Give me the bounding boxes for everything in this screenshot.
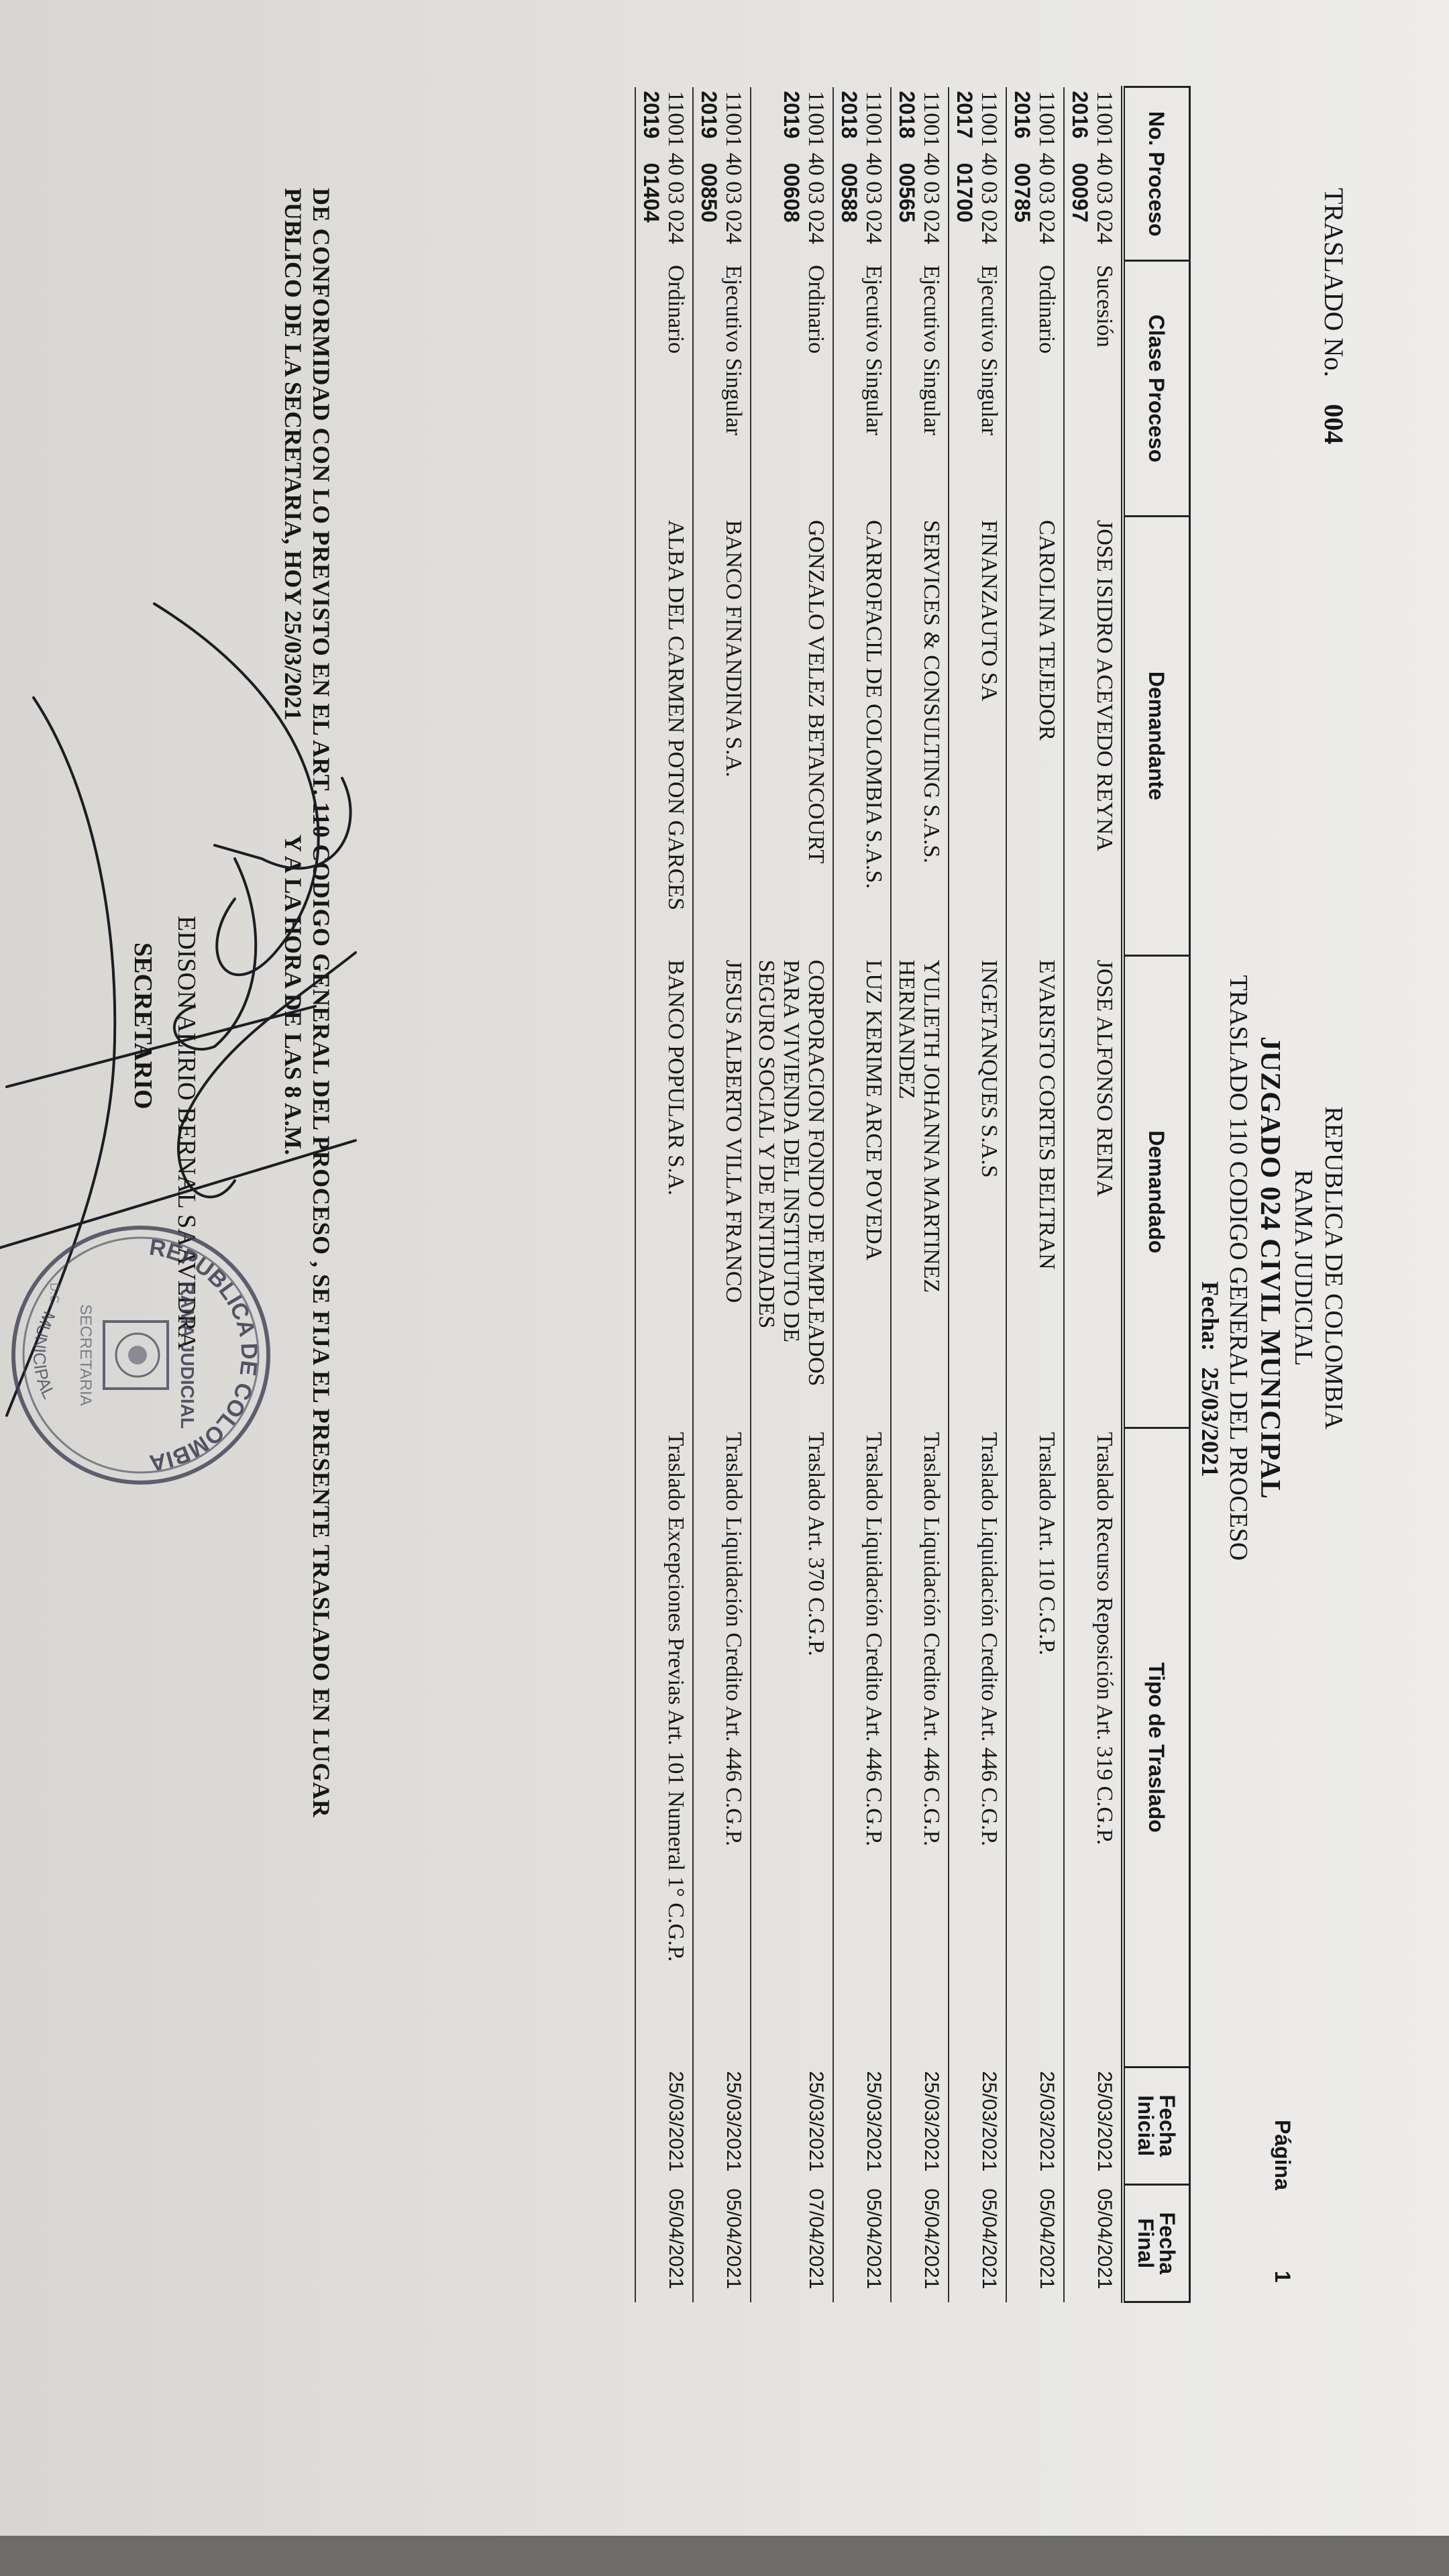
stamp-outer-text: REPUBLICA DE COLOMBIA xyxy=(148,1234,262,1475)
cell-demandante: GONZALO VELEZ BETANCOURT xyxy=(751,516,833,956)
cell-clase-proceso: Ejecutivo Singular xyxy=(891,261,949,516)
table-row: 11001 40 03 024201600097SucesiónJOSE ISI… xyxy=(1064,87,1123,2302)
proceso-prefix: 11001 40 03 024 xyxy=(977,91,1002,244)
traslados-table: No. Proceso Clase Proceso Demandante Dem… xyxy=(635,86,1191,2303)
proceso-year: 2018 xyxy=(895,91,919,139)
proceso-year: 2019 xyxy=(697,91,721,139)
proceso-year-number: 201900608 xyxy=(780,91,804,223)
cell-demandado: BANCO POPULAR S.A. xyxy=(635,956,693,1428)
proceso-year: 2019 xyxy=(639,91,663,139)
traslado-number-value: 004 xyxy=(1319,404,1349,444)
cell-fecha-final: 07/04/2021 xyxy=(751,2184,833,2302)
document-date-label: Fecha: xyxy=(1197,1281,1224,1351)
cell-clase-proceso: Ordinario xyxy=(1006,261,1064,516)
cell-fecha-inicial: 25/03/2021 xyxy=(635,2067,693,2184)
cell-demandado: EVARISTO CORTES BELTRAN xyxy=(1006,956,1064,1428)
cell-fecha-inicial: 25/03/2021 xyxy=(949,2067,1006,2184)
col-tipo-traslado: Tipo de Traslado xyxy=(1123,1428,1190,2068)
cell-no-proceso: 11001 40 03 024201701700 xyxy=(949,87,1006,261)
cell-no-proceso: 11001 40 03 024201800565 xyxy=(891,87,949,261)
proceso-year: 2016 xyxy=(1010,91,1034,139)
proceso-number: 01700 xyxy=(953,163,977,223)
table-row: 11001 40 03 024201600785OrdinarioCAROLIN… xyxy=(1006,87,1064,2302)
col-demandante: Demandante xyxy=(1123,516,1190,956)
traslado-number-label: TRASLADO No. xyxy=(1319,188,1349,377)
cell-tipo-traslado: Traslado Liquidación Credito Art. 446 C.… xyxy=(693,1428,751,2068)
cell-demandado: CORPORACION FONDO DE EMPLEADOS PARA VIVI… xyxy=(751,956,833,1428)
proceso-year-number: 201701700 xyxy=(953,91,977,223)
col-fecha-final: Fecha Final xyxy=(1123,2184,1190,2302)
cell-clase-proceso: Ejecutivo Singular xyxy=(833,261,891,516)
proceso-prefix: 11001 40 03 024 xyxy=(721,91,746,244)
stamp-bottom-text: MUNICIPAL xyxy=(30,1308,60,1401)
stamp-city: D.C. xyxy=(48,1283,61,1307)
cell-clase-proceso: Ejecutivo Singular xyxy=(949,261,1006,516)
table-row: 11001 40 03 024201800565Ejecutivo Singul… xyxy=(891,87,949,2302)
page-number: 1 xyxy=(1271,2271,1295,2283)
proceso-number: 00565 xyxy=(895,163,919,223)
table-row: 11001 40 03 024201901404OrdinarioALBA DE… xyxy=(635,87,693,2302)
document-date-value: 25/03/2021 xyxy=(1197,1367,1224,1477)
cell-tipo-traslado: Traslado Art. 370 C.G.P. xyxy=(751,1428,833,2068)
cell-fecha-final: 05/04/2021 xyxy=(635,2184,693,2302)
cell-fecha-final: 05/04/2021 xyxy=(833,2184,891,2302)
table-row: 11001 40 03 024201900608OrdinarioGONZALO… xyxy=(751,87,833,2302)
cell-fecha-final: 05/04/2021 xyxy=(1006,2184,1064,2302)
cell-fecha-inicial: 25/03/2021 xyxy=(1006,2067,1064,2184)
cell-fecha-inicial: 25/03/2021 xyxy=(1064,2067,1123,2184)
cell-clase-proceso: Ejecutivo Singular xyxy=(693,261,751,516)
traslado-document: REPUBLICA DE COLOMBIA RAMA JUDICIAL JUZG… xyxy=(0,27,1449,2509)
proceso-prefix: 11001 40 03 024 xyxy=(861,91,886,244)
cell-demandante: SERVICES & CONSULTING S.A.S. xyxy=(891,516,949,956)
proceso-prefix: 11001 40 03 024 xyxy=(1092,91,1117,244)
stamp-label: SECRETARIA xyxy=(76,1304,95,1406)
cell-demandado: JESUS ALBERTO VILLA FRANCO xyxy=(693,956,751,1428)
cell-fecha-inicial: 25/03/2021 xyxy=(833,2067,891,2184)
cell-no-proceso: 11001 40 03 024201900608 xyxy=(751,87,833,261)
page-indicator: Página1 xyxy=(1270,2120,1295,2283)
cell-fecha-inicial: 25/03/2021 xyxy=(693,2067,751,2184)
proceso-prefix: 11001 40 03 024 xyxy=(663,91,688,244)
cell-tipo-traslado: Traslado Liquidación Credito Art. 446 C.… xyxy=(891,1428,949,2068)
page-label: Página xyxy=(1271,2120,1295,2190)
traslado-number: TRASLADO No.004 xyxy=(1318,188,1350,444)
stamp-inner-text: RAMA JUDICIAL xyxy=(177,1281,198,1429)
proceso-number: 00850 xyxy=(697,163,721,223)
proceso-year: 2017 xyxy=(953,91,977,139)
proceso-year-number: 201800588 xyxy=(837,91,861,223)
proceso-number: 00785 xyxy=(1010,163,1034,223)
col-fecha-inicial: Fecha Inicial xyxy=(1123,2067,1190,2184)
proceso-year-number: 201800565 xyxy=(895,91,919,223)
cell-clase-proceso: Sucesión xyxy=(1064,261,1123,516)
cell-fecha-final: 05/04/2021 xyxy=(891,2184,949,2302)
col-no-proceso: No. Proceso xyxy=(1123,87,1190,261)
cell-tipo-traslado: Traslado Liquidación Credito Art. 446 C.… xyxy=(949,1428,1006,2068)
proceso-prefix: 11001 40 03 024 xyxy=(1034,91,1059,244)
cell-demandante: BANCO FINANDINA S.A. xyxy=(693,516,751,956)
proceso-prefix: 11001 40 03 024 xyxy=(804,91,828,244)
cell-demandante: FINANZAUTO SA xyxy=(949,516,1006,956)
cell-tipo-traslado: Traslado Art. 110 C.G.P. xyxy=(1006,1428,1064,2068)
cell-demandante: ALBA DEL CARMEN POTON GARCES xyxy=(635,516,693,956)
cell-tipo-traslado: Traslado Liquidación Credito Art. 446 C.… xyxy=(833,1428,891,2068)
table-row: 11001 40 03 024201900850Ejecutivo Singul… xyxy=(693,87,751,2302)
cell-no-proceso: 11001 40 03 024201901404 xyxy=(635,87,693,261)
cell-no-proceso: 11001 40 03 024201600097 xyxy=(1064,87,1123,261)
cell-tipo-traslado: Traslado Recurso Reposición Art. 319 C.G… xyxy=(1064,1428,1123,2068)
cell-clase-proceso: Ordinario xyxy=(751,261,833,516)
proceso-number: 01404 xyxy=(639,163,663,223)
col-clase-proceso: Clase Proceso xyxy=(1123,261,1190,516)
cell-demandado: LUZ KERIME ARCE POVEDA xyxy=(833,956,891,1428)
proceso-number: 00608 xyxy=(780,163,804,223)
cell-demandante: CARROFACIL DE COLOMBIA S.A.S. xyxy=(833,516,891,956)
cell-demandado: INGETANQUES S.A.S xyxy=(949,956,1006,1428)
proceso-number: 00588 xyxy=(837,163,861,223)
proceso-year-number: 201900850 xyxy=(697,91,721,223)
proceso-year-number: 201600785 xyxy=(1010,91,1034,223)
proceso-year-number: 201600097 xyxy=(1068,91,1092,223)
cell-no-proceso: 11001 40 03 024201800588 xyxy=(833,87,891,261)
cell-fecha-final: 05/04/2021 xyxy=(1064,2184,1123,2302)
cell-no-proceso: 11001 40 03 024201900850 xyxy=(693,87,751,261)
table-row: 11001 40 03 024201701700Ejecutivo Singul… xyxy=(949,87,1006,2302)
proceso-year: 2016 xyxy=(1068,91,1092,139)
cell-fecha-inicial: 25/03/2021 xyxy=(891,2067,949,2184)
cell-demandante: CAROLINA TEJEDOR xyxy=(1006,516,1064,956)
proceso-year: 2018 xyxy=(837,91,861,139)
proceso-year-number: 201901404 xyxy=(639,91,663,223)
svg-text:MUNICIPAL: MUNICIPAL xyxy=(30,1308,60,1401)
cell-clase-proceso: Ordinario xyxy=(635,261,693,516)
document-date: Fecha:25/03/2021 xyxy=(1196,1281,1224,1477)
svg-text:REPUBLICA DE COLOMBIA: REPUBLICA DE COLOMBIA xyxy=(148,1234,262,1475)
cell-tipo-traslado: Traslado Excepciones Previas Art. 101 Nu… xyxy=(635,1428,693,2068)
desk-edge xyxy=(0,2536,1449,2576)
table-header-row: No. Proceso Clase Proceso Demandante Dem… xyxy=(1123,87,1190,2302)
table-row: 11001 40 03 024201800588Ejecutivo Singul… xyxy=(833,87,891,2302)
cell-fecha-final: 05/04/2021 xyxy=(949,2184,1006,2302)
header-traslado-title: TRASLADO 110 CODIGO GENERAL DEL PROCESO xyxy=(1224,27,1253,2509)
cell-demandante: JOSE ISIDRO ACEVEDO REYNA xyxy=(1064,516,1123,956)
proceso-year: 2019 xyxy=(780,91,804,139)
cell-demandado: JOSE ALFONSO REINA xyxy=(1064,956,1123,1428)
cell-no-proceso: 11001 40 03 024201600785 xyxy=(1006,87,1064,261)
cell-demandado: YULIETH JOHANNA MARTINEZ HERNANDEZ xyxy=(891,956,949,1428)
court-seal-stamp-icon: REPUBLICA DE COLOMBIA MUNICIPAL RAMA JUD… xyxy=(0,1214,282,1496)
col-demandado: Demandado xyxy=(1123,956,1190,1428)
signer-role: SECRETARIO xyxy=(128,943,158,1109)
proceso-number: 00097 xyxy=(1068,163,1092,223)
proceso-prefix: 11001 40 03 024 xyxy=(919,91,944,244)
cell-fecha-inicial: 25/03/2021 xyxy=(751,2067,833,2184)
cell-fecha-final: 05/04/2021 xyxy=(693,2184,751,2302)
